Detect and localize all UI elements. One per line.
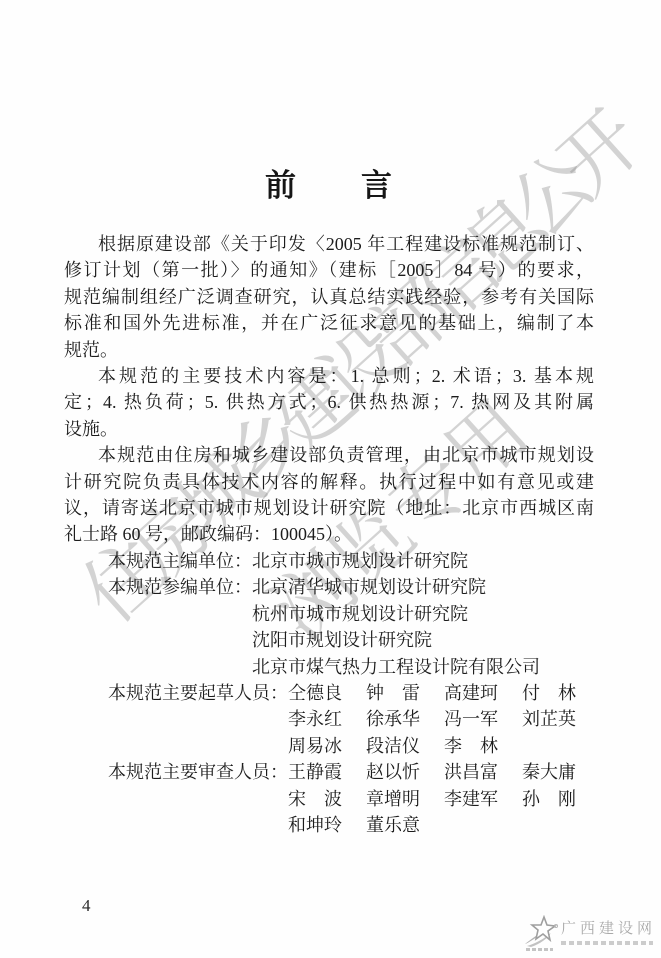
drafters-row: 李永红 徐承华 冯一军 刘芷英: [64, 706, 594, 732]
logo-tagline-illegible: [561, 941, 653, 945]
drafter-name: [522, 733, 600, 759]
drafters-label: 本规范主要起草人员：: [64, 680, 288, 706]
chief-editor-label: 本规范主编单位：: [64, 548, 252, 574]
reviewer-name: 和坤玲: [288, 812, 366, 838]
paragraph-1-line: 根据原建设部《关于印发〈2005 年工程建设标准规范制订、: [64, 231, 594, 257]
reviewer-name: 洪昌富: [444, 759, 522, 785]
drafter-name: 李永红: [288, 706, 366, 732]
drafter-name: 段洁仪: [366, 733, 444, 759]
participating-unit: 北京清华城市规划设计研究院: [252, 574, 594, 600]
reviewer-name: 赵以忻: [366, 759, 444, 785]
participating-unit: 杭州市城市规划设计研究院: [252, 601, 594, 627]
paragraph-3-line: 本规范由住房和城乡建设部负责管理，由北京市城市规划设: [64, 442, 594, 468]
drafters-row: 本规范主要起草人员： 仝德良 钟 雷 高建珂 付 林: [64, 680, 594, 706]
participating-unit-row: 本规范参编单位： 北京清华城市规划设计研究院: [64, 574, 594, 600]
page-title: 前 言: [64, 160, 594, 205]
paragraph-2-line: 定；4. 热负荷；5. 供热方式；6. 供热热源；7. 热网及其附属: [64, 389, 594, 415]
drafter-name: 付 林: [522, 680, 600, 706]
page-number: 4: [82, 896, 91, 916]
reviewer-name: 秦大庸: [522, 759, 600, 785]
drafter-name: 高建珂: [444, 680, 522, 706]
reviewers-row: 本规范主要审查人员： 王静霞 赵以忻 洪昌富 秦大庸: [64, 759, 594, 785]
drafter-name: 刘芷英: [522, 706, 600, 732]
reviewers-row: 宋 波 章增明 李建军 孙 刚: [64, 786, 594, 812]
star-caption-illegible: [526, 948, 553, 951]
drafters-row: 周易冰 段洁仪 李 林: [64, 733, 594, 759]
drafter-name: 徐承华: [366, 706, 444, 732]
reviewer-name: 王静霞: [288, 759, 366, 785]
paragraph-2-line: 设施。: [64, 416, 594, 442]
drafter-name: 冯一军: [444, 706, 522, 732]
chief-editor-unit: 北京市城市规划设计研究院: [252, 548, 594, 574]
site-logo: 广西建设网: [524, 913, 658, 955]
participating-units-label: 本规范参编单位：: [64, 574, 252, 600]
paragraph-1-line: 规范。: [64, 337, 594, 363]
reviewer-name: 孙 刚: [522, 786, 600, 812]
participating-unit-row: 沈阳市规划设计研究院: [64, 627, 594, 653]
drafter-name: 钟 雷: [366, 680, 444, 706]
reviewer-name: 董乐意: [366, 812, 444, 838]
logo-site-name: 广西建设网: [561, 920, 656, 938]
reviewer-name: 章增明: [366, 786, 444, 812]
participating-unit-row: 北京市煤气热力工程设计院有限公司: [64, 654, 594, 680]
reviewer-name: [444, 812, 522, 838]
participating-unit: 北京市煤气热力工程设计院有限公司: [252, 654, 594, 680]
drafter-name: 仝德良: [288, 680, 366, 706]
drafter-name: 周易冰: [288, 733, 366, 759]
chief-editor-unit-row: 本规范主编单位： 北京市城市规划设计研究院: [64, 548, 594, 574]
reviewers-row: 和坤玲 董乐意: [64, 812, 594, 838]
star-swoosh-icon: [524, 915, 558, 958]
drafter-name: 李 林: [444, 733, 522, 759]
paragraph-3-line: 议，请寄送北京市城市规划设计研究院（地址：北京市西城区南: [64, 495, 594, 521]
paragraph-1-line: 标准和国外先进标准，并在广泛征求意见的基础上，编制了本: [64, 310, 594, 336]
paragraph-1-line: 修订计划（第一批）〉的通知》（建标［2005］84 号）的要求，: [64, 257, 594, 283]
reviewers-label: 本规范主要审查人员：: [64, 759, 288, 785]
paragraph-3-line: 计研究院负责具体技术内容的解释。执行过程中如有意见或建: [64, 469, 594, 495]
participating-unit: 沈阳市规划设计研究院: [252, 627, 594, 653]
reviewer-name: 宋 波: [288, 786, 366, 812]
reviewer-name: 李建军: [444, 786, 522, 812]
paragraph-1-line: 规范编制组经广泛调查研究，认真总结实践经验，参考有关国际: [64, 284, 594, 310]
foreword-page: 住房城乡建设部信息公开 浏览专用 前 言 根据原建设部《关于印发〈2005 年工…: [0, 0, 661, 958]
paragraph-2-line: 本规范的主要技术内容是：1. 总则；2. 术语；3. 基本规: [64, 363, 594, 389]
participating-unit-row: 杭州市城市规划设计研究院: [64, 601, 594, 627]
body-text: 根据原建设部《关于印发〈2005 年工程建设标准规范制订、 修订计划（第一批）〉…: [64, 231, 594, 838]
reviewer-name: [522, 812, 600, 838]
paragraph-3-line: 礼士路 60 号，邮政编码：100045）。: [64, 521, 594, 547]
